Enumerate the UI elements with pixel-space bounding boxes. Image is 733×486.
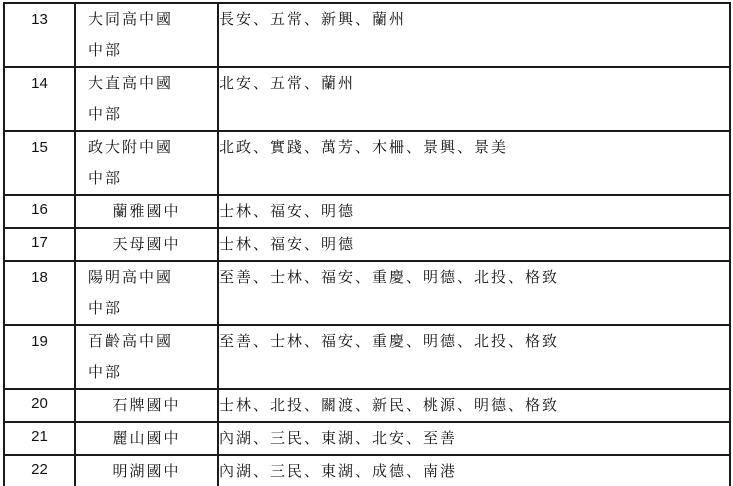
district-areas: 至善、士林、福安、重慶、明德、北投、格致 (218, 325, 730, 389)
school-name: 明湖國中 (76, 456, 217, 486)
row-number: 17 (4, 228, 75, 261)
district-areas: 士林、北投、關渡、新民、桃源、明德、格致 (218, 389, 730, 422)
district-areas: 北政、實踐、萬芳、木柵、景興、景美 (218, 131, 730, 195)
school-name-cell: 百齡高中國中部 (75, 325, 218, 389)
table-row: 17 天母國中 士林、福安、明德 (4, 228, 730, 261)
school-name-line1: 政大附中國 (88, 138, 173, 156)
row-number: 14 (4, 67, 75, 131)
school-name-line2: 中部 (88, 105, 122, 123)
school-name: 麗山國中 (76, 423, 217, 454)
school-name-line2: 中部 (88, 41, 122, 59)
school-name-line1: 陽明高中國 (88, 268, 173, 286)
row-number: 18 (4, 261, 75, 325)
school-name-cell: 天母國中 (75, 228, 218, 261)
school-name: 蘭雅國中 (76, 196, 217, 227)
row-number: 21 (4, 422, 75, 455)
district-areas: 士林、福安、明德 (218, 195, 730, 228)
table-row: 18 陽明高中國中部 至善、士林、福安、重慶、明德、北投、格致 (4, 261, 730, 325)
school-name-line2: 中部 (88, 363, 122, 381)
row-number: 16 (4, 195, 75, 228)
row-number: 13 (4, 3, 75, 67)
school-district-table: 13 大同高中國中部 長安、五常、新興、蘭州 14 大直高中國中部 北安、五常、… (3, 2, 731, 486)
school-name-line2: 中部 (88, 299, 122, 317)
school-name-cell: 麗山國中 (75, 422, 218, 455)
school-name-cell: 石牌國中 (75, 389, 218, 422)
school-name: 天母國中 (76, 229, 217, 260)
school-name-cell: 蘭雅國中 (75, 195, 218, 228)
school-name-cell: 陽明高中國中部 (75, 261, 218, 325)
school-name-cell: 明湖國中 (75, 455, 218, 486)
table-row: 15 政大附中國中部 北政、實踐、萬芳、木柵、景興、景美 (4, 131, 730, 195)
table-row: 13 大同高中國中部 長安、五常、新興、蘭州 (4, 3, 730, 67)
district-areas: 北安、五常、蘭州 (218, 67, 730, 131)
district-areas: 士林、福安、明德 (218, 228, 730, 261)
table-row: 21 麗山國中 內湖、三民、東湖、北安、至善 (4, 422, 730, 455)
row-number: 22 (4, 455, 75, 486)
table-row: 22 明湖國中 內湖、三民、東湖、成德、南港 (4, 455, 730, 486)
table-row: 20 石牌國中 士林、北投、關渡、新民、桃源、明德、格致 (4, 389, 730, 422)
school-name-cell: 大直高中國中部 (75, 67, 218, 131)
school-name-line1: 大同高中國 (88, 10, 173, 28)
school-name: 石牌國中 (76, 390, 217, 421)
school-name-cell: 大同高中國中部 (75, 3, 218, 67)
row-number: 20 (4, 389, 75, 422)
table-row: 16 蘭雅國中 士林、福安、明德 (4, 195, 730, 228)
district-areas: 至善、士林、福安、重慶、明德、北投、格致 (218, 261, 730, 325)
school-name-cell: 政大附中國中部 (75, 131, 218, 195)
table-row: 19 百齡高中國中部 至善、士林、福安、重慶、明德、北投、格致 (4, 325, 730, 389)
row-number: 19 (4, 325, 75, 389)
row-number: 15 (4, 131, 75, 195)
district-areas: 長安、五常、新興、蘭州 (218, 3, 730, 67)
school-name-line1: 百齡高中國 (88, 332, 173, 350)
table-row: 14 大直高中國中部 北安、五常、蘭州 (4, 67, 730, 131)
school-name-line2: 中部 (88, 169, 122, 187)
district-areas: 內湖、三民、東湖、北安、至善 (218, 422, 730, 455)
district-areas: 內湖、三民、東湖、成德、南港 (218, 455, 730, 486)
school-name-line1: 大直高中國 (88, 74, 173, 92)
